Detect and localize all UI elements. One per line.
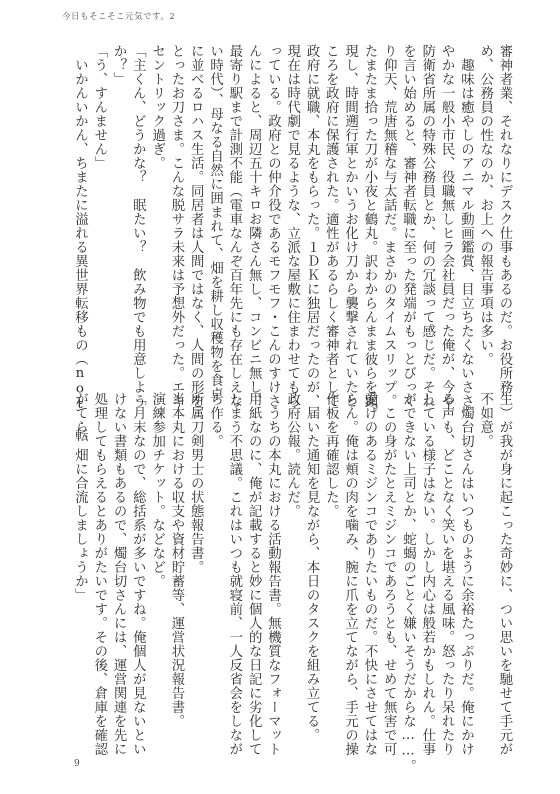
text-column: を言い始めると、審神者転職に至った発端がもっとびっく	[398, 44, 417, 364]
dialogue-column: がてら、畑に合流しましょうか」	[70, 392, 89, 772]
text-column: 用紙なのに、俺が記載すると妙に個人的な日記に劣化して	[244, 392, 263, 772]
text-column: 政府公報。読んだ。	[282, 392, 301, 772]
text-column: たまたま拾った刀が小夜と鶴丸。訳わからんまま彼らを顕	[360, 44, 379, 364]
page-number: 9	[74, 759, 80, 769]
text-column: している様子はない。しかし内心は般若かもしれん。仕事	[418, 392, 437, 772]
text-column: 最寄り駅まで計測不能（電車なんぞ百年先にも存在しえな	[225, 44, 244, 364]
text-column: 不如意。	[475, 392, 494, 772]
text-column: らん。俺は頬の肉を噛み、腕に爪を立てながら、手元の操	[340, 392, 359, 772]
text-column: とったお刀さま。こんな脱サラ未来は予想外だった。エキ	[167, 44, 186, 364]
text-column: この身がたとえミジンコであろうとも、せめて無害で可	[379, 392, 398, 772]
text-column: 生）が我が身に起こった奇妙に、つい思いを馳せて手元が	[495, 392, 514, 772]
text-column: うちの本丸における活動報告書。無機質なフォーマット	[263, 392, 282, 772]
dialogue-column: けない書類もあるので、燭台切さんには、運営関連を先に	[109, 392, 128, 772]
text-column: 政府に就職、本丸をもらった。１ＤＫに独居だったのが、	[302, 44, 321, 364]
text-column: しまう不思議。これはいつも就寝前、一人反省会をしなが	[225, 392, 244, 772]
dialogue-column: 「う、すんません」	[89, 44, 108, 364]
dialogue-column: 「主くん、どうかな？ 眠たい？ 飲み物でも用意しよう	[128, 44, 147, 364]
text-column: 審神者業、それなりにデスク仕事もあるのだ。お役所務	[495, 44, 514, 364]
list-item: 当本丸における収支や資材貯蓄等、運営状況報告書。	[167, 392, 186, 772]
text-column: 届いた通知を見ながら、本日のタスクを組み立てる。	[302, 392, 321, 772]
text-column: 愛げのあるミジンコでありたいものだ。不快にさせてはな	[360, 392, 379, 772]
text-column: 燭台切さんはいつものように余裕たっぷりだ。俺にかけ	[456, 392, 475, 772]
text-column: 趣味は癒やしのアニマル動画鑑賞、目立ちたくないささ	[456, 44, 475, 364]
text-column: 現し、時間遡行軍とかいうお化け刀から襲撃されていたと	[340, 44, 359, 364]
lower-text-block: 生）が我が身に起こった奇妙に、つい思いを馳せて手元が 不如意。 燭台切さんはいつ…	[70, 392, 514, 772]
dialogue-column: か？」	[109, 44, 128, 364]
text-column: っている。政府との仲介役であるモフモフ・こんのすけさ	[263, 44, 282, 364]
dialogue-column: 処理してもらえるとありがたいです。その後、倉庫を確認	[89, 392, 108, 772]
text-column: ころを政府に保護された。適性があるらしく審神者として	[321, 44, 340, 364]
text-column: ら作る。	[205, 392, 224, 772]
text-column: る声も、どことなく笑いを堪える風味。怒ったり呆れたり	[437, 392, 456, 772]
text-column: い時代）、母なる自然に囲まれて、畑を耕し収穫物を食卓	[205, 44, 224, 364]
text-column: り仰天、荒唐無稽な与太話だ。まさかのタイムスリップ。	[379, 44, 398, 364]
text-column: 防衛省所属の特殊公務員とか、何の冗談って感じだ。それ	[418, 44, 437, 364]
text-column: やかな一般小市民、役職無しヒラ会社員だった俺が、今や	[437, 44, 456, 364]
text-column: セントリック過ぎ。	[147, 44, 166, 364]
upper-text-block: 審神者業、それなりにデスク仕事もあるのだ。お役所務 め、公務員の性なのか、お上へ…	[70, 44, 514, 364]
text-column: んによると、周辺五十キロお隣さん無し、コンビニ無し、	[244, 44, 263, 364]
text-column: め、公務員の性なのか、お上への報告事項は多い。	[475, 44, 494, 364]
running-head: 今日もそこそこ元気です。2	[62, 10, 175, 22]
list-item: 演練参加チケット。などなど。	[147, 392, 166, 772]
text-column: に並べるロハス生活。同居者は人間ではなく、人間の形を	[186, 44, 205, 364]
dialogue-column: 「月末なので、総括系が多いですね。俺個人が見ないとい	[128, 392, 147, 772]
list-item: 所属刀剣男士の状態報告書。	[186, 392, 205, 772]
text-column: いかんいかん、ちまたに溢れる異世界転移もの（not 転	[70, 44, 89, 364]
text-column: 現在は時代劇で見るような、立派な屋敷に住まわせてもら	[282, 44, 301, 364]
text-column: ができない上司とか、蛇蝎のごとく嫌いそうだからな……。	[398, 392, 417, 772]
text-column: 作板を再確認した。	[321, 392, 340, 772]
